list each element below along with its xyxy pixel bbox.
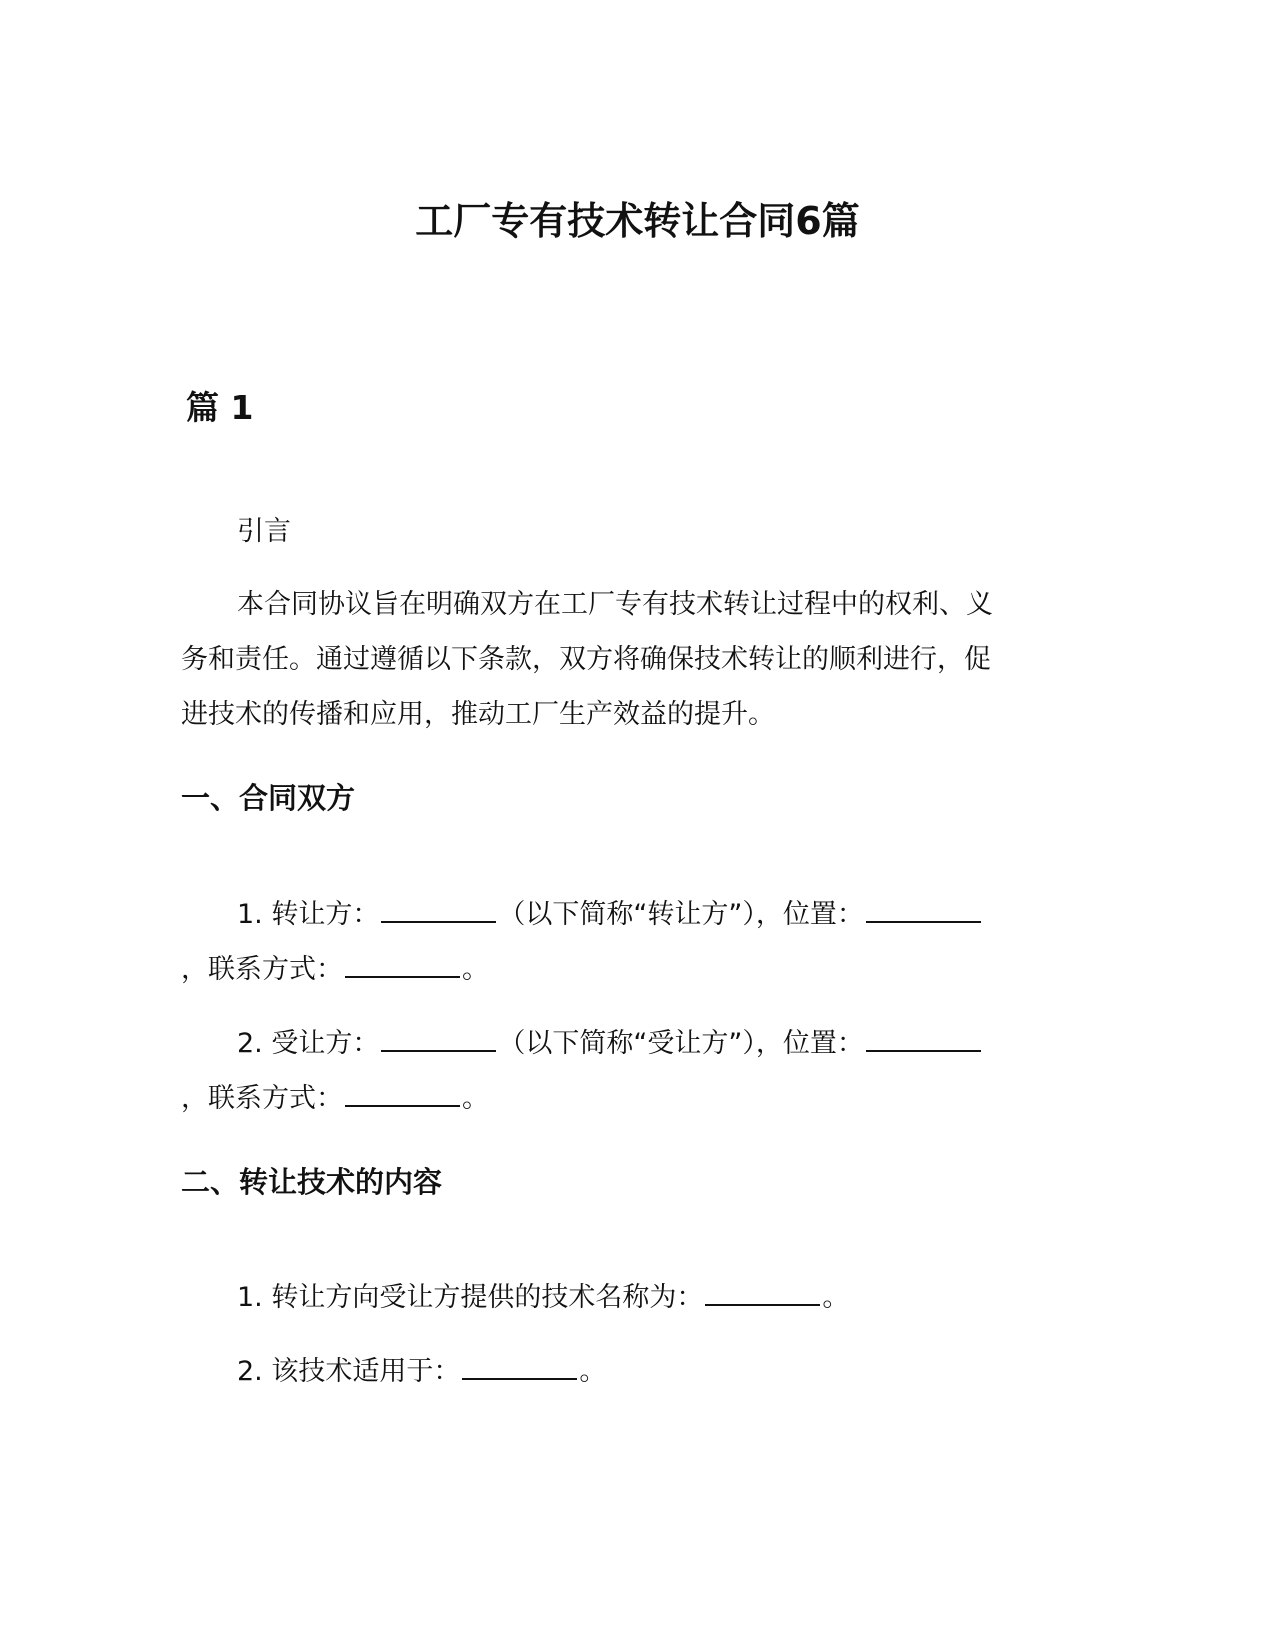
party-2-line-1: 2. 受让方：（以下简称“受让方”），位置： bbox=[237, 1024, 983, 1064]
party-2-contact-blank[interactable] bbox=[345, 1079, 460, 1107]
content-item-1-num: 1. bbox=[237, 1282, 263, 1313]
heading-parties: 一、合同双方 bbox=[181, 778, 355, 818]
intro-line-3: 进技术的传播和应用，推动工厂生产效益的提升。 bbox=[181, 695, 775, 735]
party-2-role: 受让方： bbox=[271, 1028, 379, 1059]
party-2-alias: （以下简称“受让方”），位置： bbox=[498, 1028, 863, 1059]
party-2-end: 。 bbox=[462, 1083, 489, 1114]
party-1-line-1: 1. 转让方：（以下简称“转让方”），位置： bbox=[237, 895, 983, 935]
content-item-2-end: 。 bbox=[579, 1356, 606, 1387]
party-1-role: 转让方： bbox=[271, 899, 379, 930]
intro-line-1: 本合同协议旨在明确双方在工厂专有技术转让过程中的权利、义 bbox=[237, 585, 993, 625]
party-1-num: 1. bbox=[237, 899, 263, 930]
content-item-2: 2. 该技术适用于：。 bbox=[237, 1352, 606, 1392]
party-1-contact-blank[interactable] bbox=[345, 950, 460, 978]
content-item-1: 1. 转让方向受让方提供的技术名称为：。 bbox=[237, 1278, 849, 1318]
content-item-2-blank[interactable] bbox=[462, 1352, 577, 1380]
content-item-2-text: 该技术适用于： bbox=[271, 1356, 460, 1387]
document-page: 工厂专有技术转让合同6篇 篇 1 引言 本合同协议旨在明确双方在工厂专有技术转让… bbox=[0, 0, 1275, 1650]
party-1-line-2: ，联系方式：。 bbox=[181, 950, 489, 990]
party-1-name-blank[interactable] bbox=[381, 895, 496, 923]
content-item-1-text: 转让方向受让方提供的技术名称为： bbox=[271, 1282, 703, 1313]
party-2-location-blank[interactable] bbox=[866, 1024, 981, 1052]
intro-line-2: 务和责任。通过遵循以下条款，双方将确保技术转让的顺利进行，促 bbox=[181, 640, 991, 680]
document-title: 工厂专有技术转让合同6篇 bbox=[0, 196, 1275, 246]
party-2-num: 2. bbox=[237, 1028, 263, 1059]
party-1-contact-label: ，联系方式： bbox=[181, 954, 343, 985]
content-item-1-end: 。 bbox=[822, 1282, 849, 1313]
content-item-1-blank[interactable] bbox=[705, 1278, 820, 1306]
party-1-location-blank[interactable] bbox=[866, 895, 981, 923]
party-1-end: 。 bbox=[462, 954, 489, 985]
party-1-alias: （以下简称“转让方”），位置： bbox=[498, 899, 863, 930]
party-2-line-2: ，联系方式：。 bbox=[181, 1079, 489, 1119]
section-title: 篇 1 bbox=[186, 386, 253, 430]
party-2-contact-label: ，联系方式： bbox=[181, 1083, 343, 1114]
intro-label: 引言 bbox=[237, 512, 291, 552]
heading-content: 二、转让技术的内容 bbox=[181, 1162, 442, 1202]
content-item-2-num: 2. bbox=[237, 1356, 263, 1387]
party-2-name-blank[interactable] bbox=[381, 1024, 496, 1052]
